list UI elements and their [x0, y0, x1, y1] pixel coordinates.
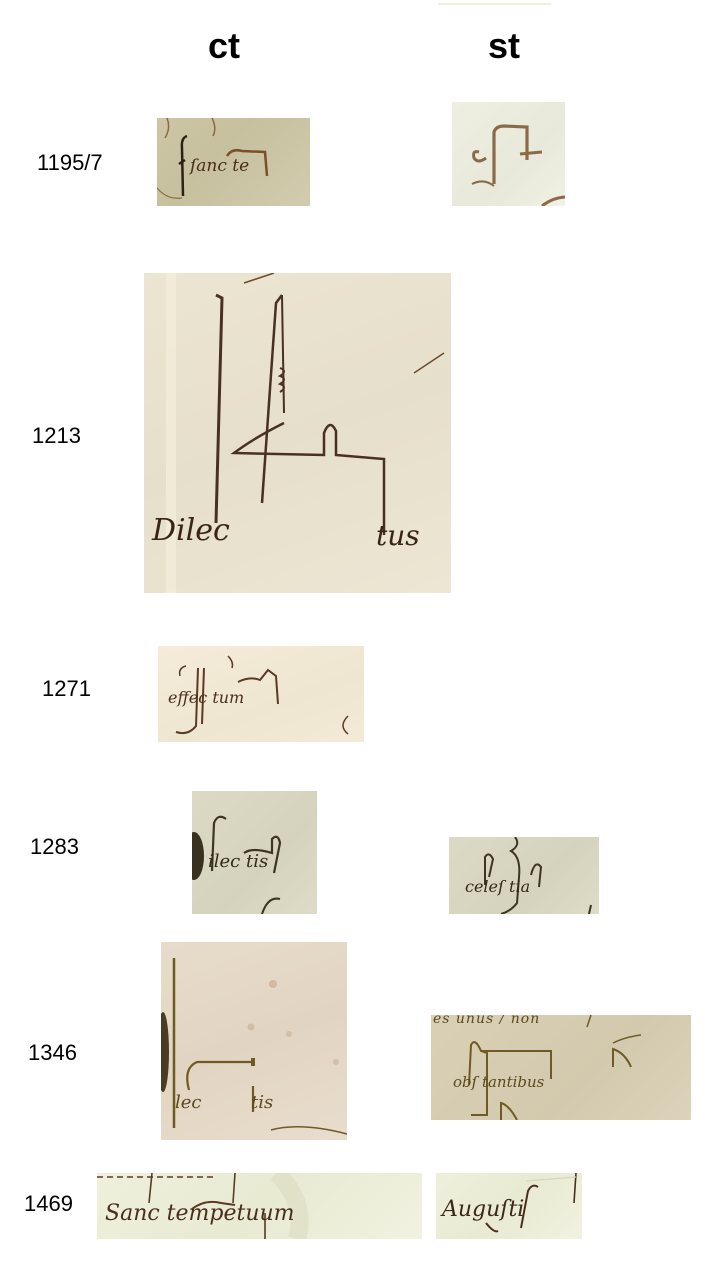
year-label: 1283: [30, 834, 79, 860]
manuscript-crop-ct-1346: lec tis: [161, 942, 347, 1140]
handwriting-est-icon: [452, 102, 565, 206]
glyph-text-dilec: Dilec: [152, 513, 230, 548]
manuscript-crop-ct-1213: Dilec tus: [144, 273, 451, 593]
manuscript-crop-st-1469: Auguſti: [436, 1173, 582, 1239]
handwriting-obstantibus-icon: [431, 1015, 691, 1120]
manuscript-crop-ct-1195: ſanc te: [157, 118, 310, 206]
glyph-text-tus: tus: [376, 519, 420, 552]
glyph-text: ilec tis: [208, 851, 268, 872]
year-label: 1469: [24, 1191, 73, 1217]
column-header-st: st: [488, 26, 520, 66]
year-label: 1195/7: [37, 150, 103, 176]
glyph-text: Sanc tempetuum: [105, 1201, 295, 1226]
glyph-text-lec: lec: [175, 1092, 202, 1113]
glyph-text: ſanc te: [190, 156, 249, 176]
manuscript-crop-st-1283: celeſ tia: [449, 837, 599, 914]
manuscript-crop-st-1195: [452, 102, 565, 206]
manuscript-crop-ct-1271: effec tum: [158, 646, 364, 742]
context-line: es unus / non: [433, 1015, 540, 1027]
column-header-ct: ct: [208, 26, 240, 66]
manuscript-crop-st-1346: es unus / non obſ tantibus: [431, 1015, 691, 1120]
glyph-text: Auguſti: [442, 1197, 524, 1222]
handwriting-celestia-icon: [449, 837, 599, 914]
glyph-text: celeſ tia: [465, 877, 530, 896]
year-label: 1213: [32, 423, 81, 449]
year-label: 1271: [42, 676, 91, 702]
top-rule: [438, 3, 551, 5]
glyph-text: obſ tantibus: [453, 1073, 544, 1091]
glyph-text-tis: tis: [251, 1092, 273, 1113]
year-label: 1346: [28, 1040, 77, 1066]
manuscript-crop-ct-1283: ilec tis: [192, 791, 317, 914]
manuscript-crop-ct-1469: Sanc tempetuum: [97, 1173, 422, 1239]
glyph-text: effec tum: [168, 688, 244, 707]
